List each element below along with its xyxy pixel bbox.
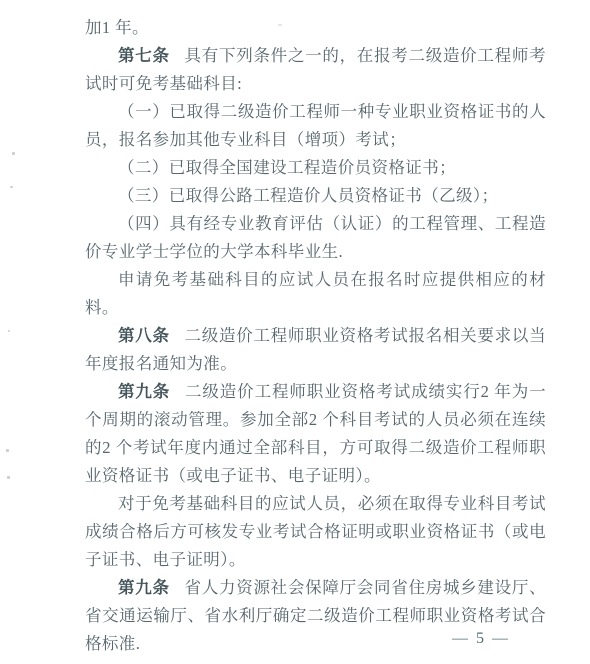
paragraph-text: 申请免考基础科目的应试人员在报名时应提供相应的材料。 <box>85 270 546 317</box>
paragraph: 对于免考基础科目的应试人员，必须在取得专业科目考试成绩合格后方可核发专业考试合格… <box>85 490 546 574</box>
paragraph: 申请免考基础科目的应试人员在报名时应提供相应的材料。 <box>85 266 546 322</box>
scan-speckle <box>7 476 10 479</box>
paragraph: （四）具有经专业教育评估（认证）的工程管理、工程造价专业学士学位的大学本科毕业生… <box>85 210 546 266</box>
article-label: 第七条 <box>118 46 170 65</box>
paragraph: 加1 年。 <box>85 14 546 42</box>
paragraph-text: 加1 年。 <box>85 18 149 37</box>
paragraph-text: （一）已取得二级造价工程师一种专业职业资格证书的人员，报名参加其他专业科目（增项… <box>85 102 546 149</box>
paragraph-text: （二）已取得全国建设工程造价员资格证书； <box>118 158 456 177</box>
document-body: 加1 年。 第七条具有下列条件之一的，在报考二级造价工程师考试时可免考基础科目:… <box>85 14 546 658</box>
scan-speckle <box>12 152 15 155</box>
paragraph: （二）已取得全国建设工程造价员资格证书； <box>85 154 546 182</box>
article-label: 第八条 <box>118 326 170 345</box>
article-label: 第九条 <box>118 578 170 597</box>
paragraph: （一）已取得二级造价工程师一种专业职业资格证书的人员，报名参加其他专业科目（增项… <box>85 98 546 154</box>
page-number: — 5 — <box>452 630 510 648</box>
scan-speckle <box>6 449 9 452</box>
scan-speckle <box>8 330 10 332</box>
paragraph: （三）已取得公路工程造价人员资格证书（乙级）； <box>85 182 546 210</box>
paragraph: 第八条二级造价工程师职业资格考试报名相关要求以当年度报名通知为准。 <box>85 322 546 378</box>
scan-speckle <box>10 186 13 188</box>
scan-speckle <box>278 24 282 26</box>
article-label: 第九条 <box>118 382 170 401</box>
paragraph-text: （四）具有经专业教育评估（认证）的工程管理、工程造价专业学士学位的大学本科毕业生… <box>85 214 546 261</box>
paragraph: 第九条二级造价工程师职业资格考试成绩实行2 年为一个周期的滚动管理。参加全部2 … <box>85 378 546 490</box>
paragraph-text: （三）已取得公路工程造价人员资格证书（乙级）； <box>118 186 498 205</box>
paragraph: 第七条具有下列条件之一的，在报考二级造价工程师考试时可免考基础科目: <box>85 42 546 98</box>
paragraph-text: 对于免考基础科目的应试人员，必须在取得专业科目考试成绩合格后方可核发专业考试合格… <box>85 494 546 569</box>
scanned-document-page: 加1 年。 第七条具有下列条件之一的，在报考二级造价工程师考试时可免考基础科目:… <box>0 0 590 664</box>
